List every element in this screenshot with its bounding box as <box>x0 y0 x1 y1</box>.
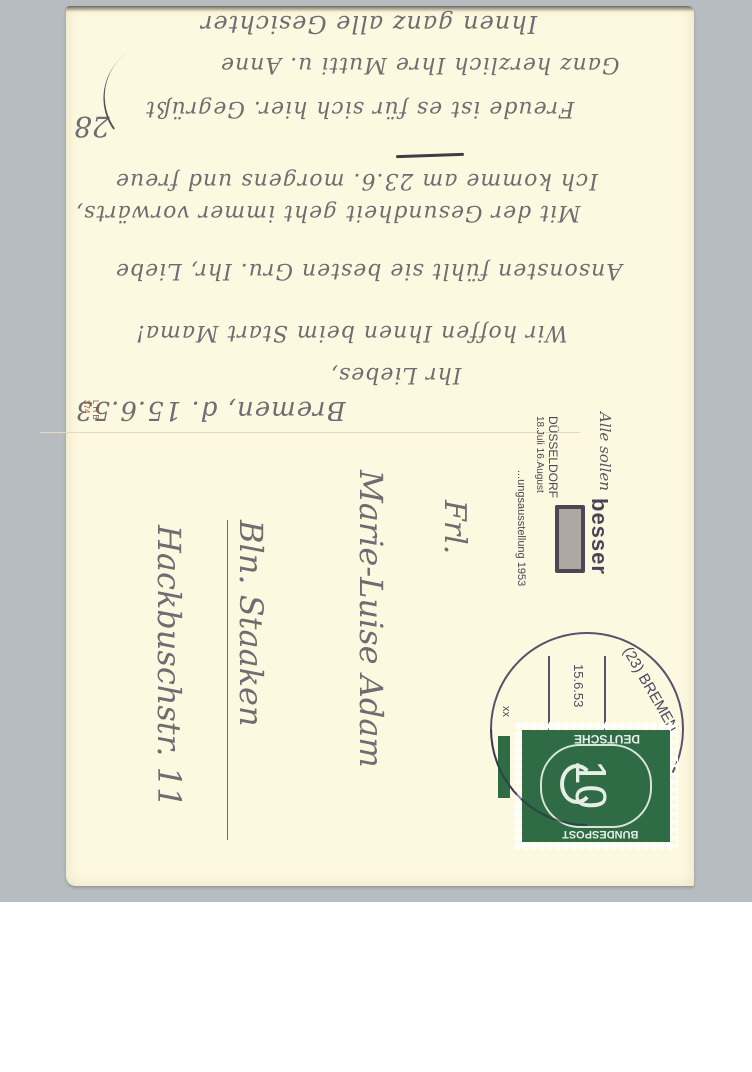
postmark-code: xx <box>500 706 512 717</box>
page-number: 28 <box>74 110 110 143</box>
message-line: Ihr Liebes, <box>330 362 461 387</box>
slogan-city: DÜSSELDORF <box>546 416 560 498</box>
message-line: Ganz herzlich Ihre Mutti u. Anne <box>220 52 620 77</box>
message-line: Ich komme am 23.6. morgens und freue <box>115 168 598 193</box>
message-line: Freude ist es für sich hier. Gegrüßt <box>145 96 574 121</box>
slogan-event: ...ungsausstellung 1953 <box>515 470 527 586</box>
message-date: Bremen, d. 15.6.53 <box>75 395 346 425</box>
stamp-country-bottom: BUNDESPOST <box>562 828 638 840</box>
printer-code: L H B 374 <box>82 400 100 420</box>
slogan-word: besser <box>586 498 612 575</box>
postmark-date: 15.6.53 <box>571 664 586 707</box>
message-line: Ansonsten fühlt sie besten Gru. Ihr, Lie… <box>115 258 622 283</box>
slogan-dates: 18.Juli 16.August <box>534 416 545 493</box>
message-line: Mit der Gesundheit geht immer vorwärts, <box>75 200 581 225</box>
address-street: Hackbuschstr. 11 <box>150 525 188 807</box>
slogan-box <box>555 505 585 573</box>
slogan-script: Alle sollen <box>596 412 614 491</box>
address-district: Bln. Staaken <box>232 520 270 727</box>
address-salutation: Frl. <box>437 500 472 554</box>
card-divider <box>40 432 580 433</box>
message-line: Ihnen ganz alle Gesichter <box>200 10 537 38</box>
message-line: Wir hoffen Ihnen beim Start Mama! <box>135 320 568 345</box>
address-name: Marie-Luise Adam <box>352 470 390 768</box>
address-underline <box>227 520 228 840</box>
